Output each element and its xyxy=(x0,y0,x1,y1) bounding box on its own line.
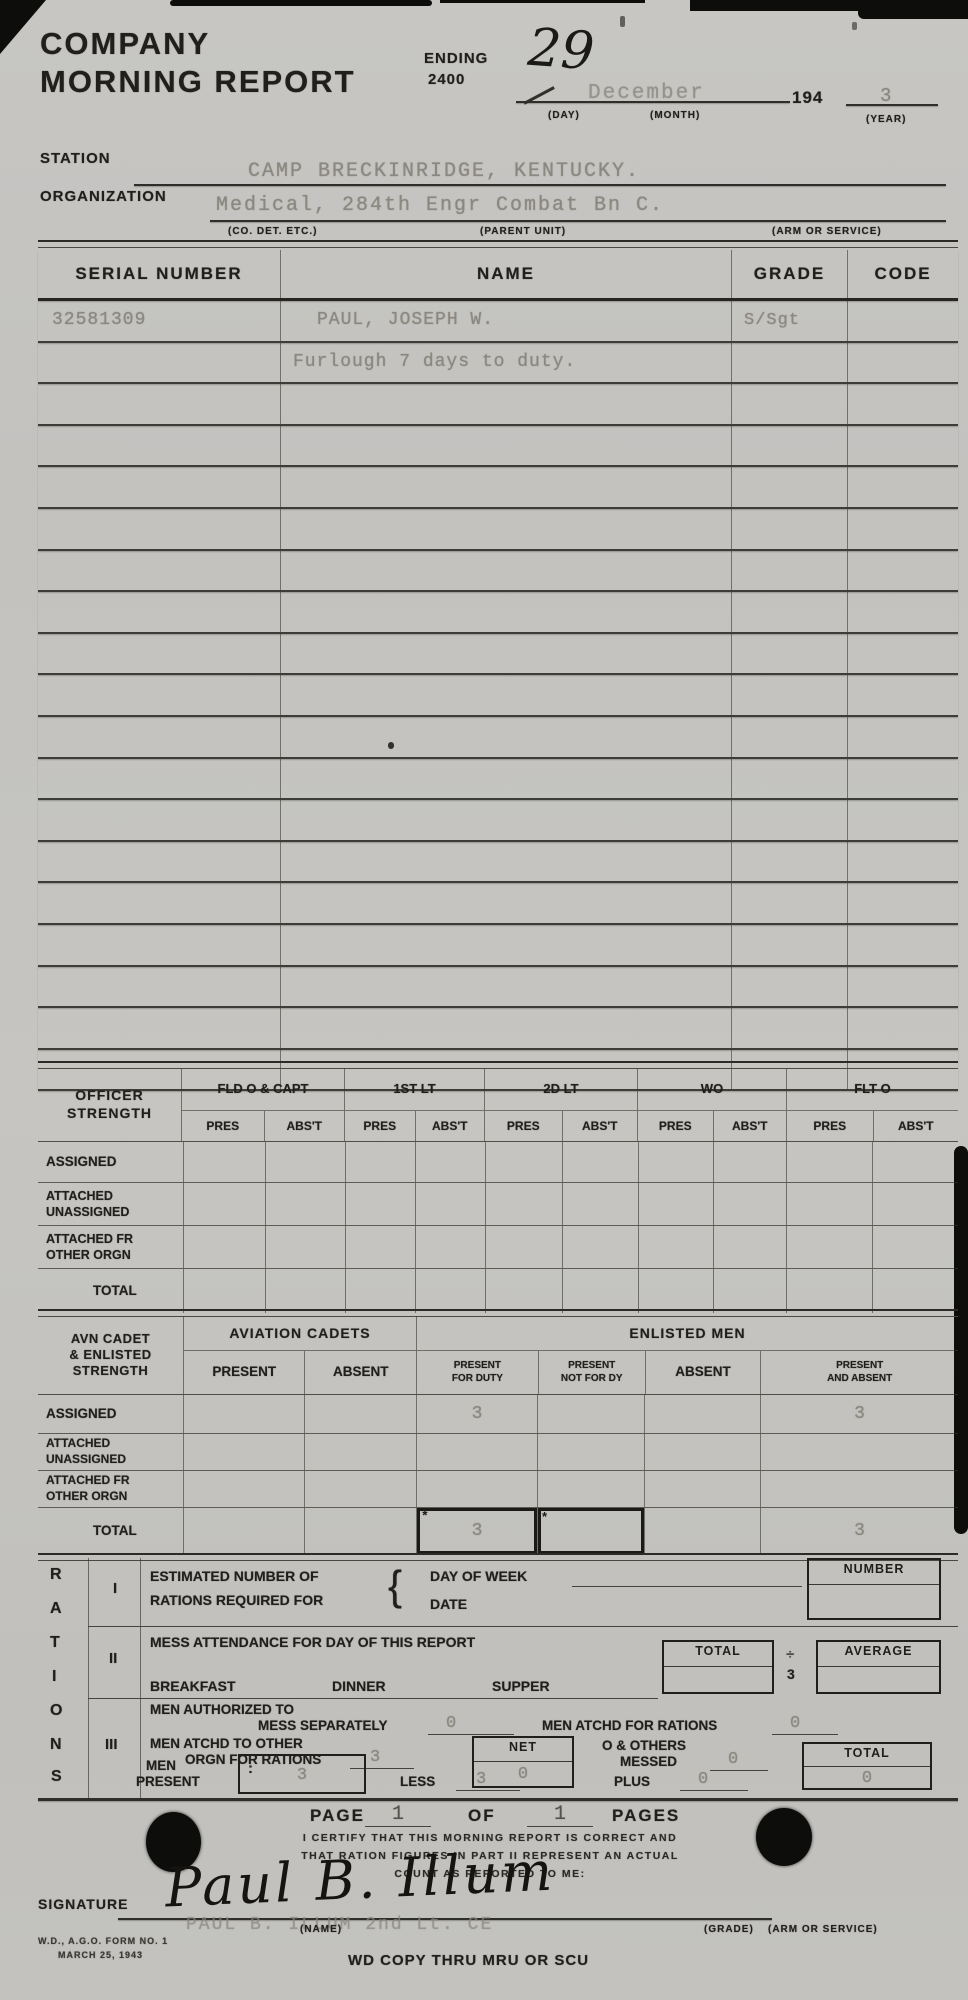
enlisted-strength-table: AVN CADET & ENLISTED STRENGTH AVIATION C… xyxy=(38,1316,958,1554)
men-atchd-other-label1: MEN ATCHD TO OTHER xyxy=(150,1736,303,1751)
officer-group-flto: FLT O xyxy=(787,1068,958,1111)
officer-group-2dlt: 2D LT xyxy=(485,1068,637,1111)
day-of-week-line xyxy=(572,1586,802,1587)
ending-label: ENDING xyxy=(424,50,488,67)
rations-letter: R xyxy=(50,1566,62,1584)
pages-label: PAGES xyxy=(612,1806,680,1826)
enlisted-men-header: ENLISTED MEN xyxy=(417,1316,958,1351)
scan-artifact-top1 xyxy=(170,0,432,6)
roster-blank-row xyxy=(38,883,958,925)
men-label: MEN xyxy=(146,1758,176,1773)
wd-copy-label: WD COPY THRU MRU OR SCU xyxy=(348,1952,589,1969)
year-prefix: 194 xyxy=(792,88,823,108)
plus-value: 0 xyxy=(698,1770,709,1789)
mess-attendance-title: MESS ATTENDANCE FOR DAY OF THIS REPORT xyxy=(150,1634,475,1650)
organization-line xyxy=(210,220,946,222)
rations-roman-ii: II xyxy=(109,1650,117,1667)
ac-present-header: PRESENT xyxy=(184,1351,304,1394)
estimated-line2: RATIONS REQUIRED FOR xyxy=(150,1592,323,1608)
roster-entry-row: 32581309 PAUL, JOSEPH W. S/Sgt xyxy=(38,301,958,343)
rations-total-value: 0 xyxy=(804,1769,930,1788)
net-value: 0 xyxy=(474,1765,572,1784)
officer-row-assigned: ASSIGNED xyxy=(38,1142,958,1183)
of-label: OF xyxy=(468,1806,496,1826)
morning-report-document: COMPANY MORNING REPORT ENDING 2400 29 De… xyxy=(0,0,968,2000)
dinner-label: DINNER xyxy=(332,1678,386,1694)
page-number: 1 xyxy=(392,1803,405,1826)
ending-time: 2400 xyxy=(428,71,465,88)
roster-remark-row: Furlough 7 days to duty. xyxy=(38,343,958,385)
em-pfd-header: PRESENTFOR DUTY xyxy=(417,1351,538,1394)
roster-blank-row xyxy=(38,759,958,801)
signature-script: Paul B. Illum xyxy=(164,1840,557,1920)
roster-top-rule xyxy=(38,240,958,248)
pages-number-line xyxy=(527,1826,593,1827)
station-value: CAMP BRECKINRIDGE, KENTUCKY. xyxy=(248,160,640,183)
rations-letter: T xyxy=(50,1634,60,1652)
rations-letter: A xyxy=(50,1600,62,1618)
roster-blank-row xyxy=(38,675,958,717)
average-box: AVERAGE xyxy=(816,1640,941,1694)
officer-row-attached-fr: ATTACHED FROTHER ORGN xyxy=(38,1226,958,1269)
roster-blank-row xyxy=(38,509,958,551)
officer-row-attached-unassigned: ATTACHEDUNASSIGNED xyxy=(38,1183,958,1226)
total-present-for-duty: * 3 xyxy=(416,1508,537,1554)
form-date: MARCH 25, 1943 xyxy=(58,1950,143,1960)
roster-header-row: SERIAL NUMBER NAME GRADE CODE xyxy=(38,250,958,301)
rations-vline1 xyxy=(88,1558,89,1798)
name-caption: (NAME) xyxy=(300,1924,342,1935)
men-atchd-for-rations-line xyxy=(772,1734,838,1735)
estimated-line1: ESTIMATED NUMBER OF xyxy=(150,1568,319,1584)
form-number: W.D., A.G.O. FORM NO. 1 xyxy=(38,1936,168,1946)
enlisted-row-total: TOTAL * 3 * 3 xyxy=(38,1508,958,1554)
rations-letter: O xyxy=(50,1702,62,1720)
roster-table: SERIAL NUMBER NAME GRADE CODE 32581309 P… xyxy=(38,250,958,1091)
rations-sep2 xyxy=(88,1698,658,1699)
entry-grade: S/Sgt xyxy=(732,311,800,330)
punch-hole-right xyxy=(756,1808,812,1866)
officer-strength-title: OFFICER STRENGTH xyxy=(38,1068,181,1141)
abst-header: ABS'T xyxy=(264,1111,345,1141)
entry-serial: 32581309 xyxy=(38,310,146,330)
rations-letter: N xyxy=(50,1736,62,1754)
less-label: LESS xyxy=(400,1774,435,1789)
officer-strength-table: OFFICER STRENGTH FLD O & CAPT PRESABS'T … xyxy=(38,1068,958,1313)
page-label: PAGE xyxy=(310,1806,365,1826)
roster-blank-row xyxy=(38,592,958,634)
enlisted-row-attached-fr: ATTACHED FROTHER ORGN xyxy=(38,1471,958,1508)
officer-group-fldo: FLD O & CAPT xyxy=(182,1068,344,1111)
men-atchd-for-rations-value: 0 xyxy=(790,1714,801,1733)
present-label: PRESENT xyxy=(136,1774,200,1789)
messed-line xyxy=(710,1770,768,1771)
roster-blank-row xyxy=(38,717,958,759)
roster-blank-row xyxy=(38,426,958,468)
roster-blank-row xyxy=(38,384,958,426)
rations-sep1 xyxy=(88,1626,958,1627)
em-pa-header: PRESENTAND ABSENT xyxy=(760,1351,958,1394)
mess-separately-line xyxy=(428,1734,514,1735)
enlisted-row-attached-unassigned: ATTACHEDUNASSIGNED xyxy=(38,1434,958,1471)
em-pnfd-header: PRESENTNOT FOR DY xyxy=(538,1351,645,1394)
entry-name: PAUL, JOSEPH W. xyxy=(281,310,494,330)
year-line xyxy=(846,104,938,106)
less-value: 3 xyxy=(476,1770,487,1789)
enlisted-strength-title: AVN CADET & ENLISTED STRENGTH xyxy=(38,1316,183,1394)
breakfast-label: BREAKFAST xyxy=(150,1678,236,1694)
rations-roman-i: I xyxy=(113,1580,117,1597)
date-label: DATE xyxy=(430,1596,467,1612)
rations-brace: { xyxy=(388,1562,402,1610)
form-title-line2: MORNING REPORT xyxy=(40,64,356,100)
oothers-label1: O & OTHERS xyxy=(602,1738,686,1753)
org-arm-caption: (ARM OR SERVICE) xyxy=(772,226,882,237)
roster-blank-row xyxy=(38,551,958,593)
assigned-present-for-duty: 3 xyxy=(416,1395,537,1433)
grade-caption: (GRADE) xyxy=(704,1924,754,1935)
rations-roman-iii: III xyxy=(105,1736,118,1753)
mess-separately-value: 0 xyxy=(446,1714,457,1733)
arm-caption: (ARM OR SERVICE) xyxy=(768,1924,878,1935)
org-parent-caption: (PARENT UNIT) xyxy=(480,226,566,237)
men-present-box: : 3 xyxy=(238,1754,366,1794)
officer-row-total: TOTAL xyxy=(38,1269,958,1313)
roster-col-code: CODE xyxy=(848,250,958,298)
men-atchd-for-rations-label: MEN ATCHD FOR RATIONS xyxy=(542,1718,717,1733)
officer-group-wo: WO xyxy=(638,1068,786,1111)
year-caption: (YEAR) xyxy=(866,114,906,125)
plus-line xyxy=(680,1790,748,1791)
roster-col-grade: GRADE xyxy=(732,250,848,298)
station-line xyxy=(134,184,946,186)
roster-col-serial: SERIAL NUMBER xyxy=(38,250,281,298)
scan-artifact-speck1 xyxy=(620,16,625,27)
oothers-label2: MESSED xyxy=(620,1754,677,1769)
supper-label: SUPPER xyxy=(492,1678,550,1694)
plus-label: PLUS xyxy=(614,1774,650,1789)
total-present-not-for-duty: * xyxy=(537,1508,644,1554)
divisor: 3 xyxy=(787,1666,795,1682)
footer-top-rule xyxy=(38,1798,958,1801)
roster-blank-row xyxy=(38,842,958,884)
scan-artifact-top2 xyxy=(440,0,645,3)
day-month-line xyxy=(516,101,790,103)
organization-label: ORGANIZATION xyxy=(40,188,167,205)
mess-total-box: TOTAL xyxy=(662,1640,774,1694)
em-absent-header: ABSENT xyxy=(645,1351,761,1394)
aviation-cadets-header: AVIATION CADETS xyxy=(184,1316,416,1351)
roster-blank-row xyxy=(38,467,958,509)
men-atchd-other-value: 3 xyxy=(370,1748,381,1767)
pages-number: 1 xyxy=(554,1803,567,1826)
scan-artifact-top4 xyxy=(858,0,968,19)
rations-vline2 xyxy=(140,1558,141,1798)
less-line xyxy=(456,1790,520,1791)
messed-value: 0 xyxy=(728,1750,739,1769)
roster-blank-row xyxy=(38,634,958,676)
scan-artifact-speck2 xyxy=(852,22,857,30)
mess-separately-label: MESS SEPARATELY xyxy=(258,1718,388,1733)
assigned-present-and-absent: 3 xyxy=(760,1395,958,1433)
roster-blank-row xyxy=(38,1008,958,1050)
org-co-caption: (CO. DET. ETC.) xyxy=(228,226,317,237)
rations-letter: S xyxy=(51,1768,62,1786)
day-of-week-label: DAY OF WEEK xyxy=(430,1568,527,1584)
roster-blank-row xyxy=(38,967,958,1009)
roster-blank-row xyxy=(38,800,958,842)
roster-col-name: NAME xyxy=(281,250,732,298)
enlisted-row-assigned: ASSIGNED 3 3 xyxy=(38,1395,958,1434)
divide-sign: ÷ xyxy=(786,1646,794,1663)
rations-total-box: TOTAL 0 xyxy=(802,1742,932,1790)
ac-absent-header: ABSENT xyxy=(304,1351,416,1394)
handwritten-day: 29 xyxy=(526,18,596,82)
organization-value: Medical, 284th Engr Combat Bn C. xyxy=(216,194,664,217)
total-present-and-absent: 3 xyxy=(760,1508,958,1554)
net-box: NET 0 xyxy=(472,1736,574,1788)
number-box: NUMBER xyxy=(807,1558,941,1620)
pres-header: PRES xyxy=(182,1111,264,1141)
signature-label: SIGNATURE xyxy=(38,1896,128,1912)
roster-blank-row xyxy=(38,925,958,967)
entry-remark: Furlough 7 days to duty. xyxy=(281,352,576,372)
month-caption: (MONTH) xyxy=(650,110,700,121)
men-present-value: 3 xyxy=(240,1766,364,1785)
rations-letter: I xyxy=(52,1668,56,1686)
station-label: STATION xyxy=(40,150,111,167)
officer-group-1stlt: 1ST LT xyxy=(345,1068,484,1111)
men-authorized-label: MEN AUTHORIZED TO xyxy=(150,1702,294,1717)
page-number-line xyxy=(365,1826,431,1827)
day-caption: (DAY) xyxy=(548,110,580,121)
form-title-line1: COMPANY xyxy=(40,26,210,62)
